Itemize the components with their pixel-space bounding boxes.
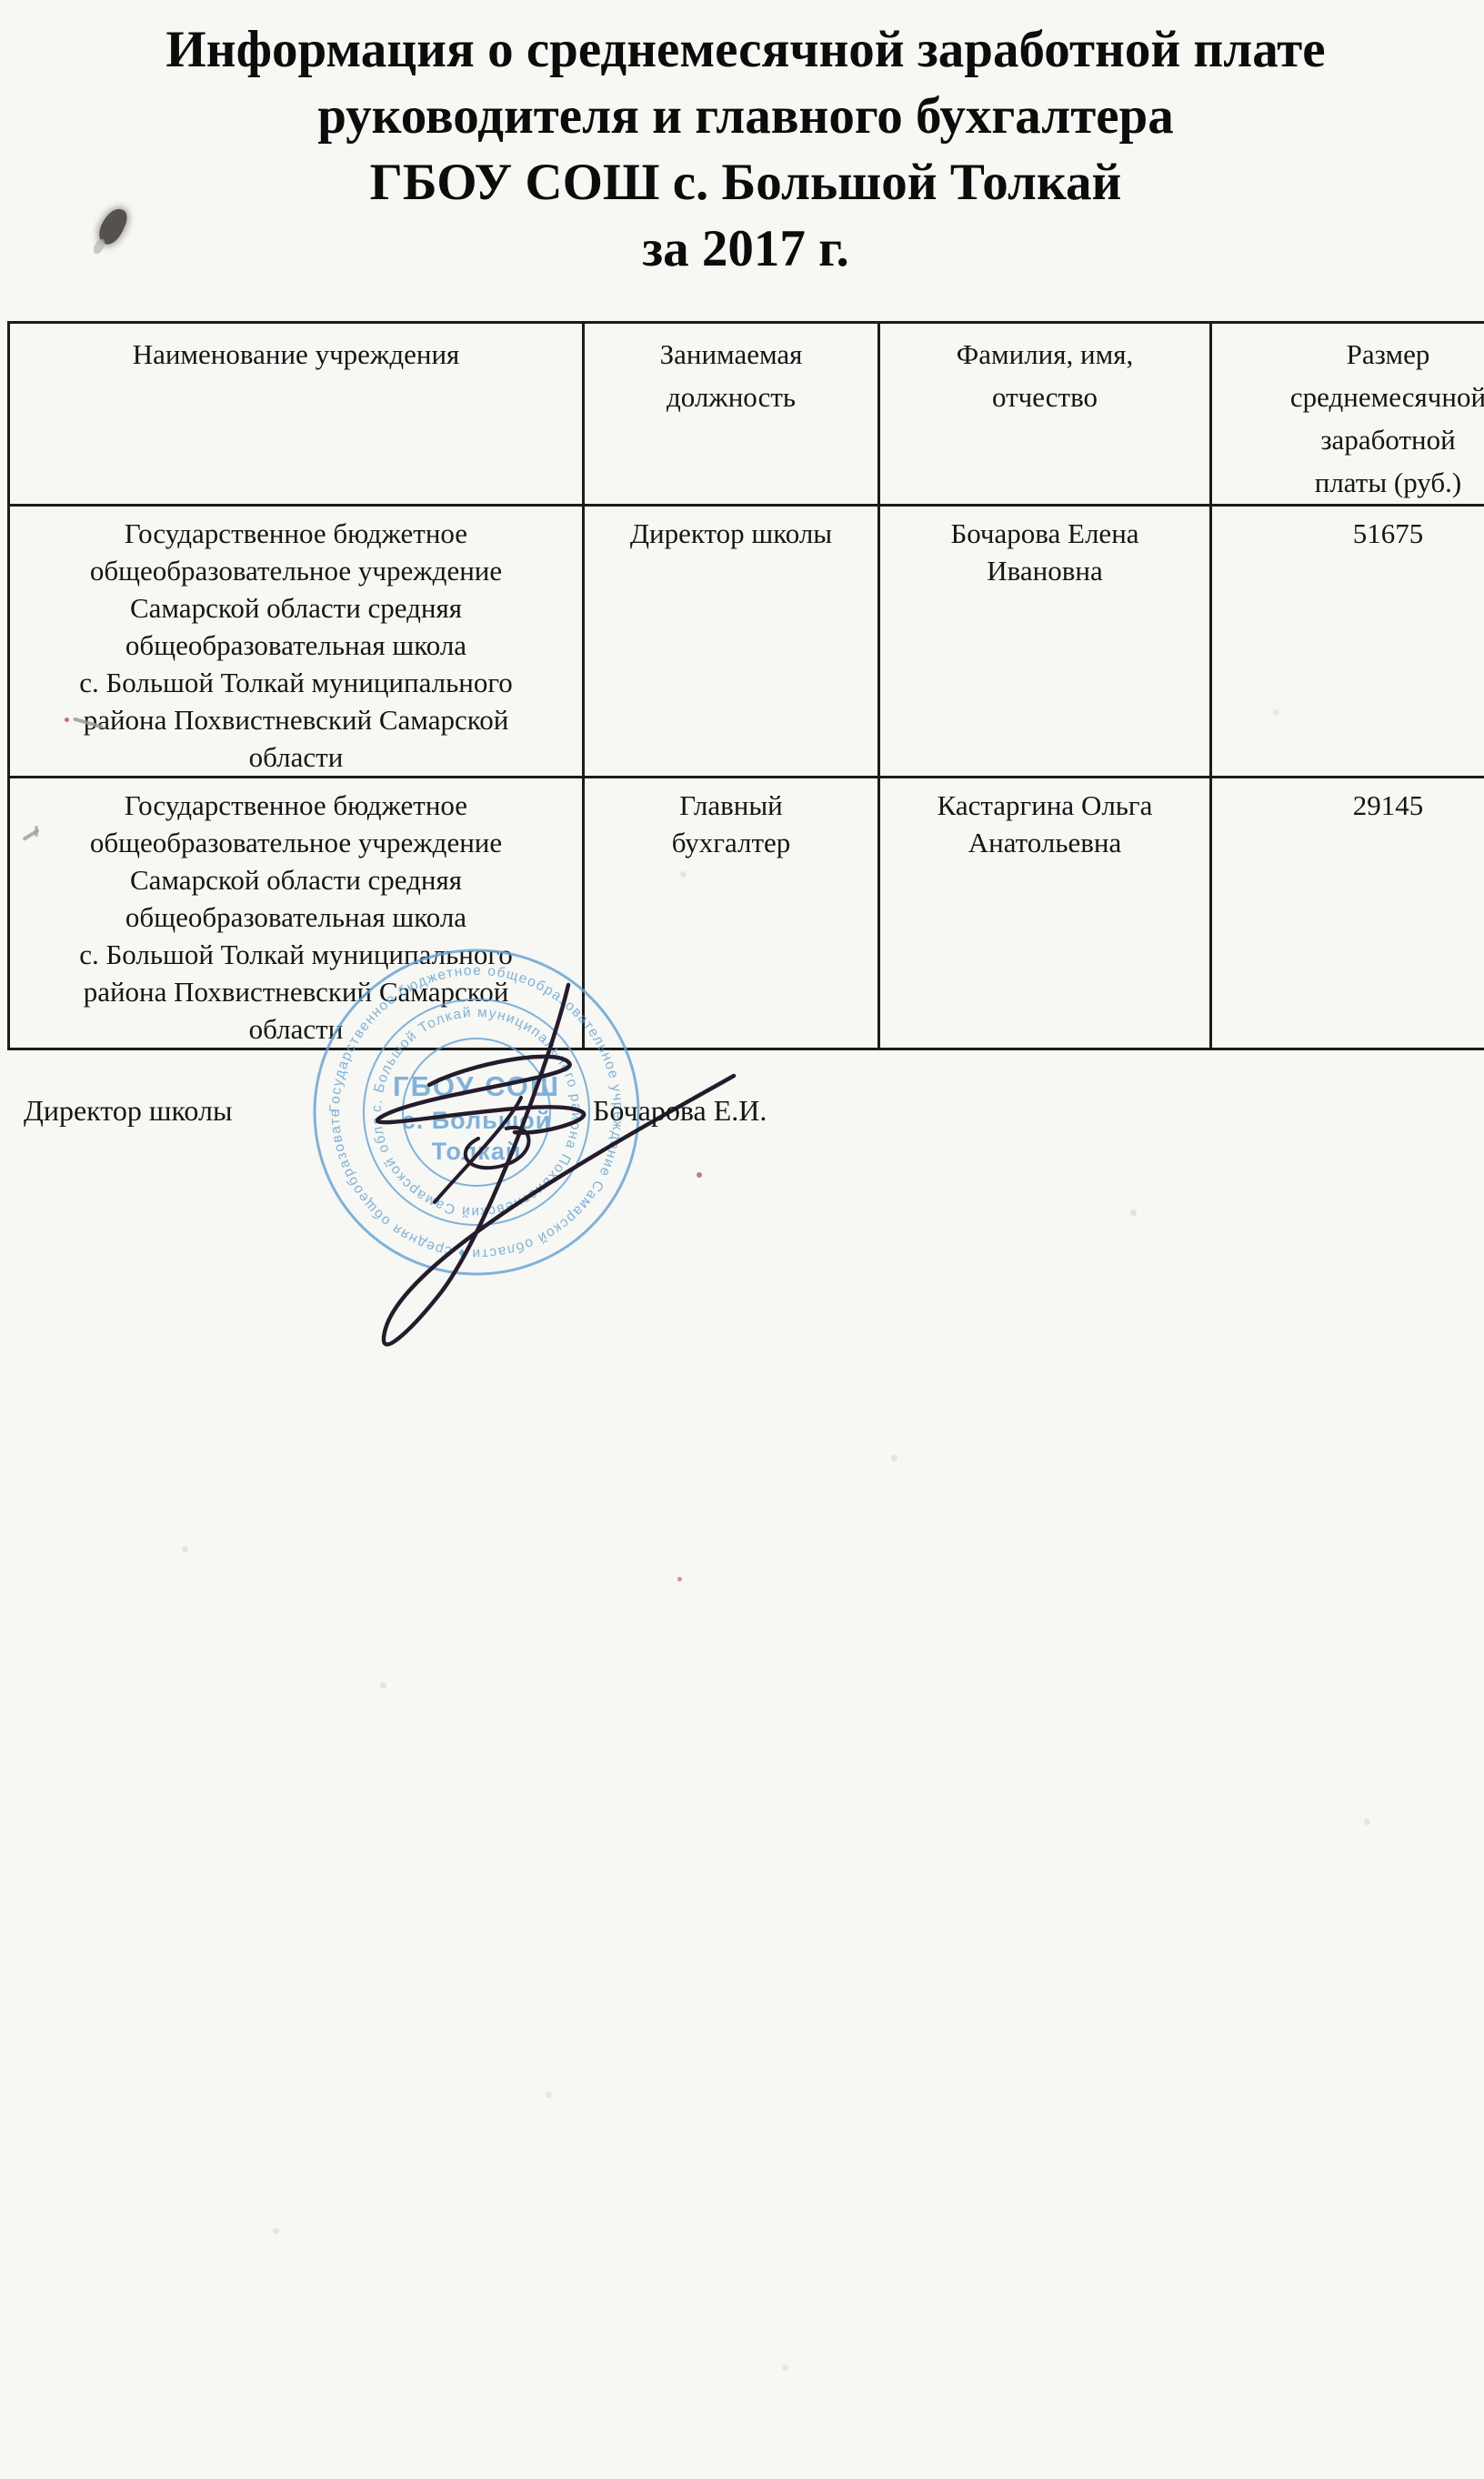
document-title: Информация о среднемесячной заработной п…	[27, 16, 1464, 282]
cell-institution: Государственное бюджетное общеобразовате…	[9, 506, 584, 778]
document-page: Информация о среднемесячной заработной п…	[0, 0, 1484, 2479]
header-salary: Размер среднемесячной заработной платы (…	[1211, 323, 1484, 506]
table-row-director: Государственное бюджетное общеобразовате…	[9, 506, 1484, 778]
scan-red-dot	[677, 1577, 682, 1581]
cell-position: Директор школы	[584, 506, 879, 778]
cell-name: Бочарова Елена Ивановна	[879, 506, 1211, 778]
cell-salary: 29145	[1211, 778, 1484, 1049]
cell-salary: 51675	[1211, 506, 1484, 778]
salary-table: Наименование учреждения Занимаемая должн…	[7, 321, 1484, 1050]
header-institution: Наименование учреждения	[9, 323, 584, 506]
cell-name: Кастаргина Ольга Анатольевна	[879, 778, 1211, 1049]
handwritten-signature	[300, 978, 755, 1387]
title-line-3: ГБОУ СОШ с. Большой Толкай	[27, 149, 1464, 216]
header-full-name: Фамилия, имя, отчество	[879, 323, 1211, 506]
title-line-1: Информация о среднемесячной заработной п…	[27, 16, 1464, 83]
signature-signer-name: Бочарова Е.И.	[593, 1094, 767, 1128]
signature-position-label: Директор школы	[24, 1094, 232, 1128]
table-header-row: Наименование учреждения Занимаемая должн…	[9, 323, 1484, 506]
title-line-2: руководителя и главного бухгалтера	[27, 83, 1464, 149]
title-line-4: за 2017 г.	[27, 216, 1464, 282]
paper-speckles	[0, 0, 3, 3]
header-position: Занимаемая должность	[584, 323, 879, 506]
